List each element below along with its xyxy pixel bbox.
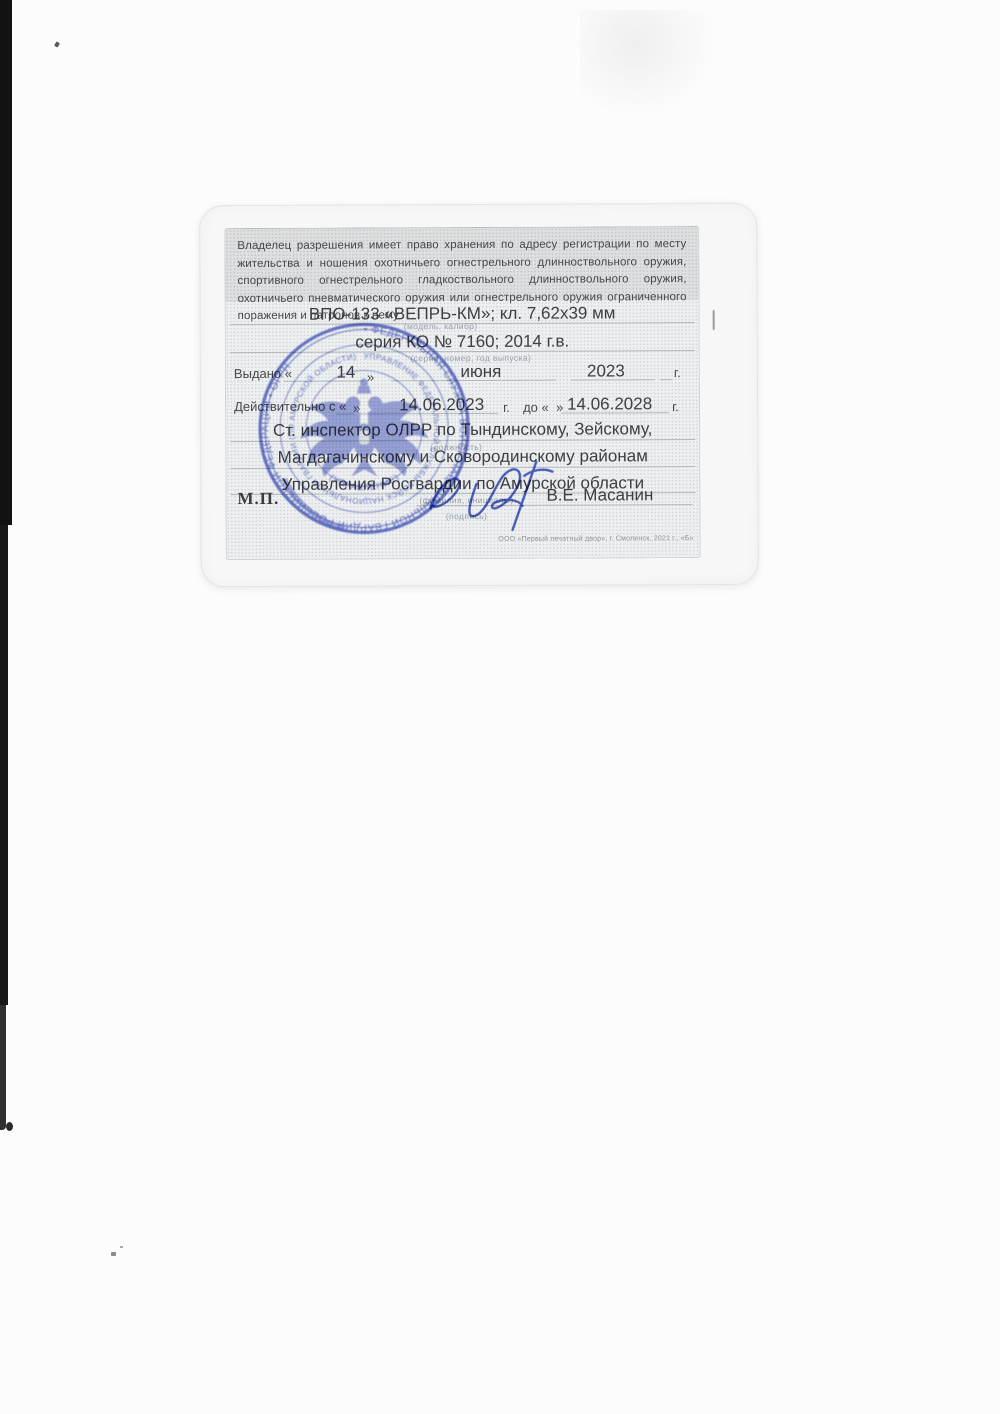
svg-text:(УПРАВЛЕНИЕ): (УПРАВЛЕНИЕ) [328, 472, 402, 493]
form-line [561, 412, 669, 413]
validity-to-label: до « [523, 400, 549, 415]
permit-card: Владелец разрешения имеет право хранения… [199, 203, 759, 587]
scanner-edge-strip [0, 1005, 6, 1130]
permit-print-area: Владелец разрешения имеет право хранения… [224, 226, 700, 560]
scanner-edge-curl [6, 1122, 13, 1131]
dust-speck [111, 1252, 116, 1256]
scanner-edge-strip [0, 0, 12, 525]
scan-smudge [580, 10, 720, 120]
dust-speck [54, 41, 60, 47]
handwritten-signature [424, 445, 604, 536]
form-line [660, 379, 672, 380]
validity-suffix2: г. [672, 399, 679, 414]
stamp-inner-arc-text: (УПРАВЛЕНИЕ) [328, 472, 402, 493]
issued-suffix: г. [674, 365, 681, 380]
double-headed-eagle-emblem [300, 378, 428, 477]
rights-paragraph: Владелец разрешения имеет право хранения… [225, 227, 698, 302]
printer-fine-print: ООО «Первый печатный двор», г. Смоленск,… [498, 535, 693, 543]
scanner-edge-strip [0, 525, 8, 1005]
scanned-page: { "card": { "header_paragraph": "Владеле… [0, 0, 1000, 1414]
dust-speck [120, 1246, 123, 1248]
laminate-mark [713, 310, 715, 330]
validity-suffix1: г. [503, 400, 510, 415]
